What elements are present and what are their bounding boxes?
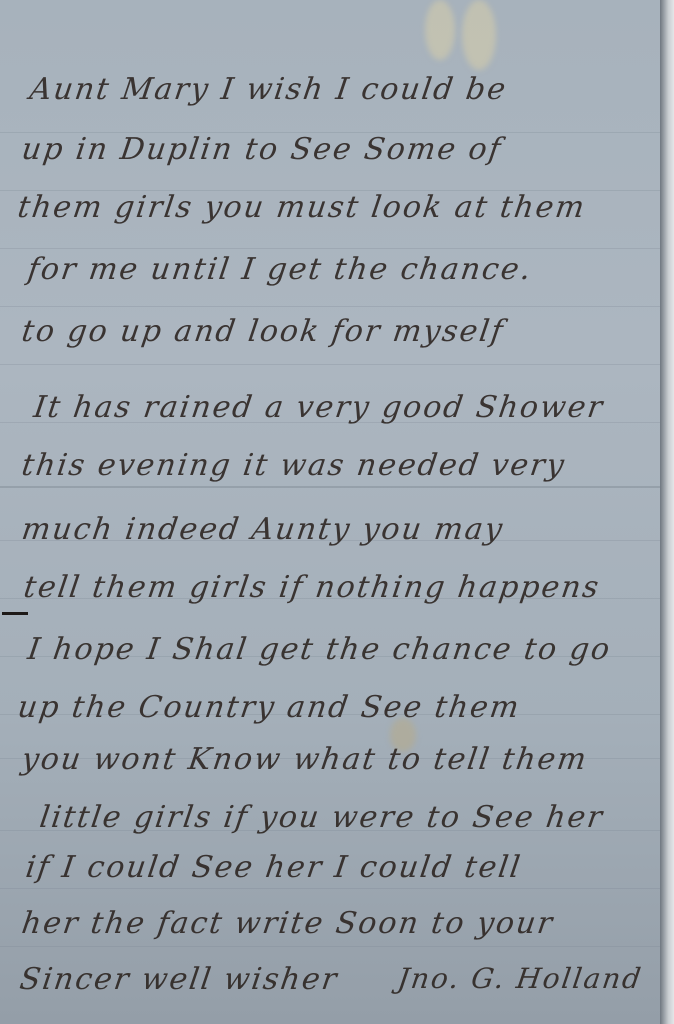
margin-mark bbox=[2, 612, 28, 615]
letter-line: up the Country and See them bbox=[16, 690, 523, 725]
ruled-line bbox=[0, 946, 660, 947]
ruled-line bbox=[0, 364, 660, 365]
letter-line: Aunt Mary I wish I could be bbox=[28, 72, 510, 107]
letter-line: to go up and look for myself bbox=[20, 314, 507, 349]
letter-line: little girls if you were to See her bbox=[38, 800, 607, 835]
letter-line: tell them girls if nothing happens bbox=[22, 570, 603, 605]
letter-line: them girls you must look at them bbox=[16, 190, 589, 225]
letter-line: Sincer well wisher bbox=[18, 962, 341, 997]
page-edge bbox=[660, 0, 674, 1024]
letter-line: her the fact write Soon to your bbox=[20, 906, 557, 941]
ruled-line bbox=[0, 888, 660, 889]
letter-line: if I could See her I could tell bbox=[24, 850, 525, 885]
letter-line: I hope I Shal get the chance to go bbox=[26, 632, 614, 667]
letter-line: up in Duplin to See Some of bbox=[20, 132, 505, 167]
letter-line: for me until I get the chance. bbox=[26, 252, 535, 287]
signature: Jno. G. Holland bbox=[396, 962, 645, 995]
letter-line: this evening it was needed very bbox=[20, 448, 568, 483]
ruled-line bbox=[0, 248, 660, 249]
water-stain bbox=[425, 0, 455, 60]
ruled-line bbox=[0, 306, 660, 307]
letter-line: you wont Know what to tell them bbox=[20, 742, 591, 777]
letter-line: much indeed Aunty you may bbox=[20, 512, 507, 547]
letter-page: Aunt Mary I wish I could be up in Duplin… bbox=[0, 0, 660, 1024]
water-stain bbox=[462, 0, 496, 70]
letter-line: It has rained a very good Shower bbox=[32, 390, 607, 425]
page-fold bbox=[0, 486, 660, 488]
